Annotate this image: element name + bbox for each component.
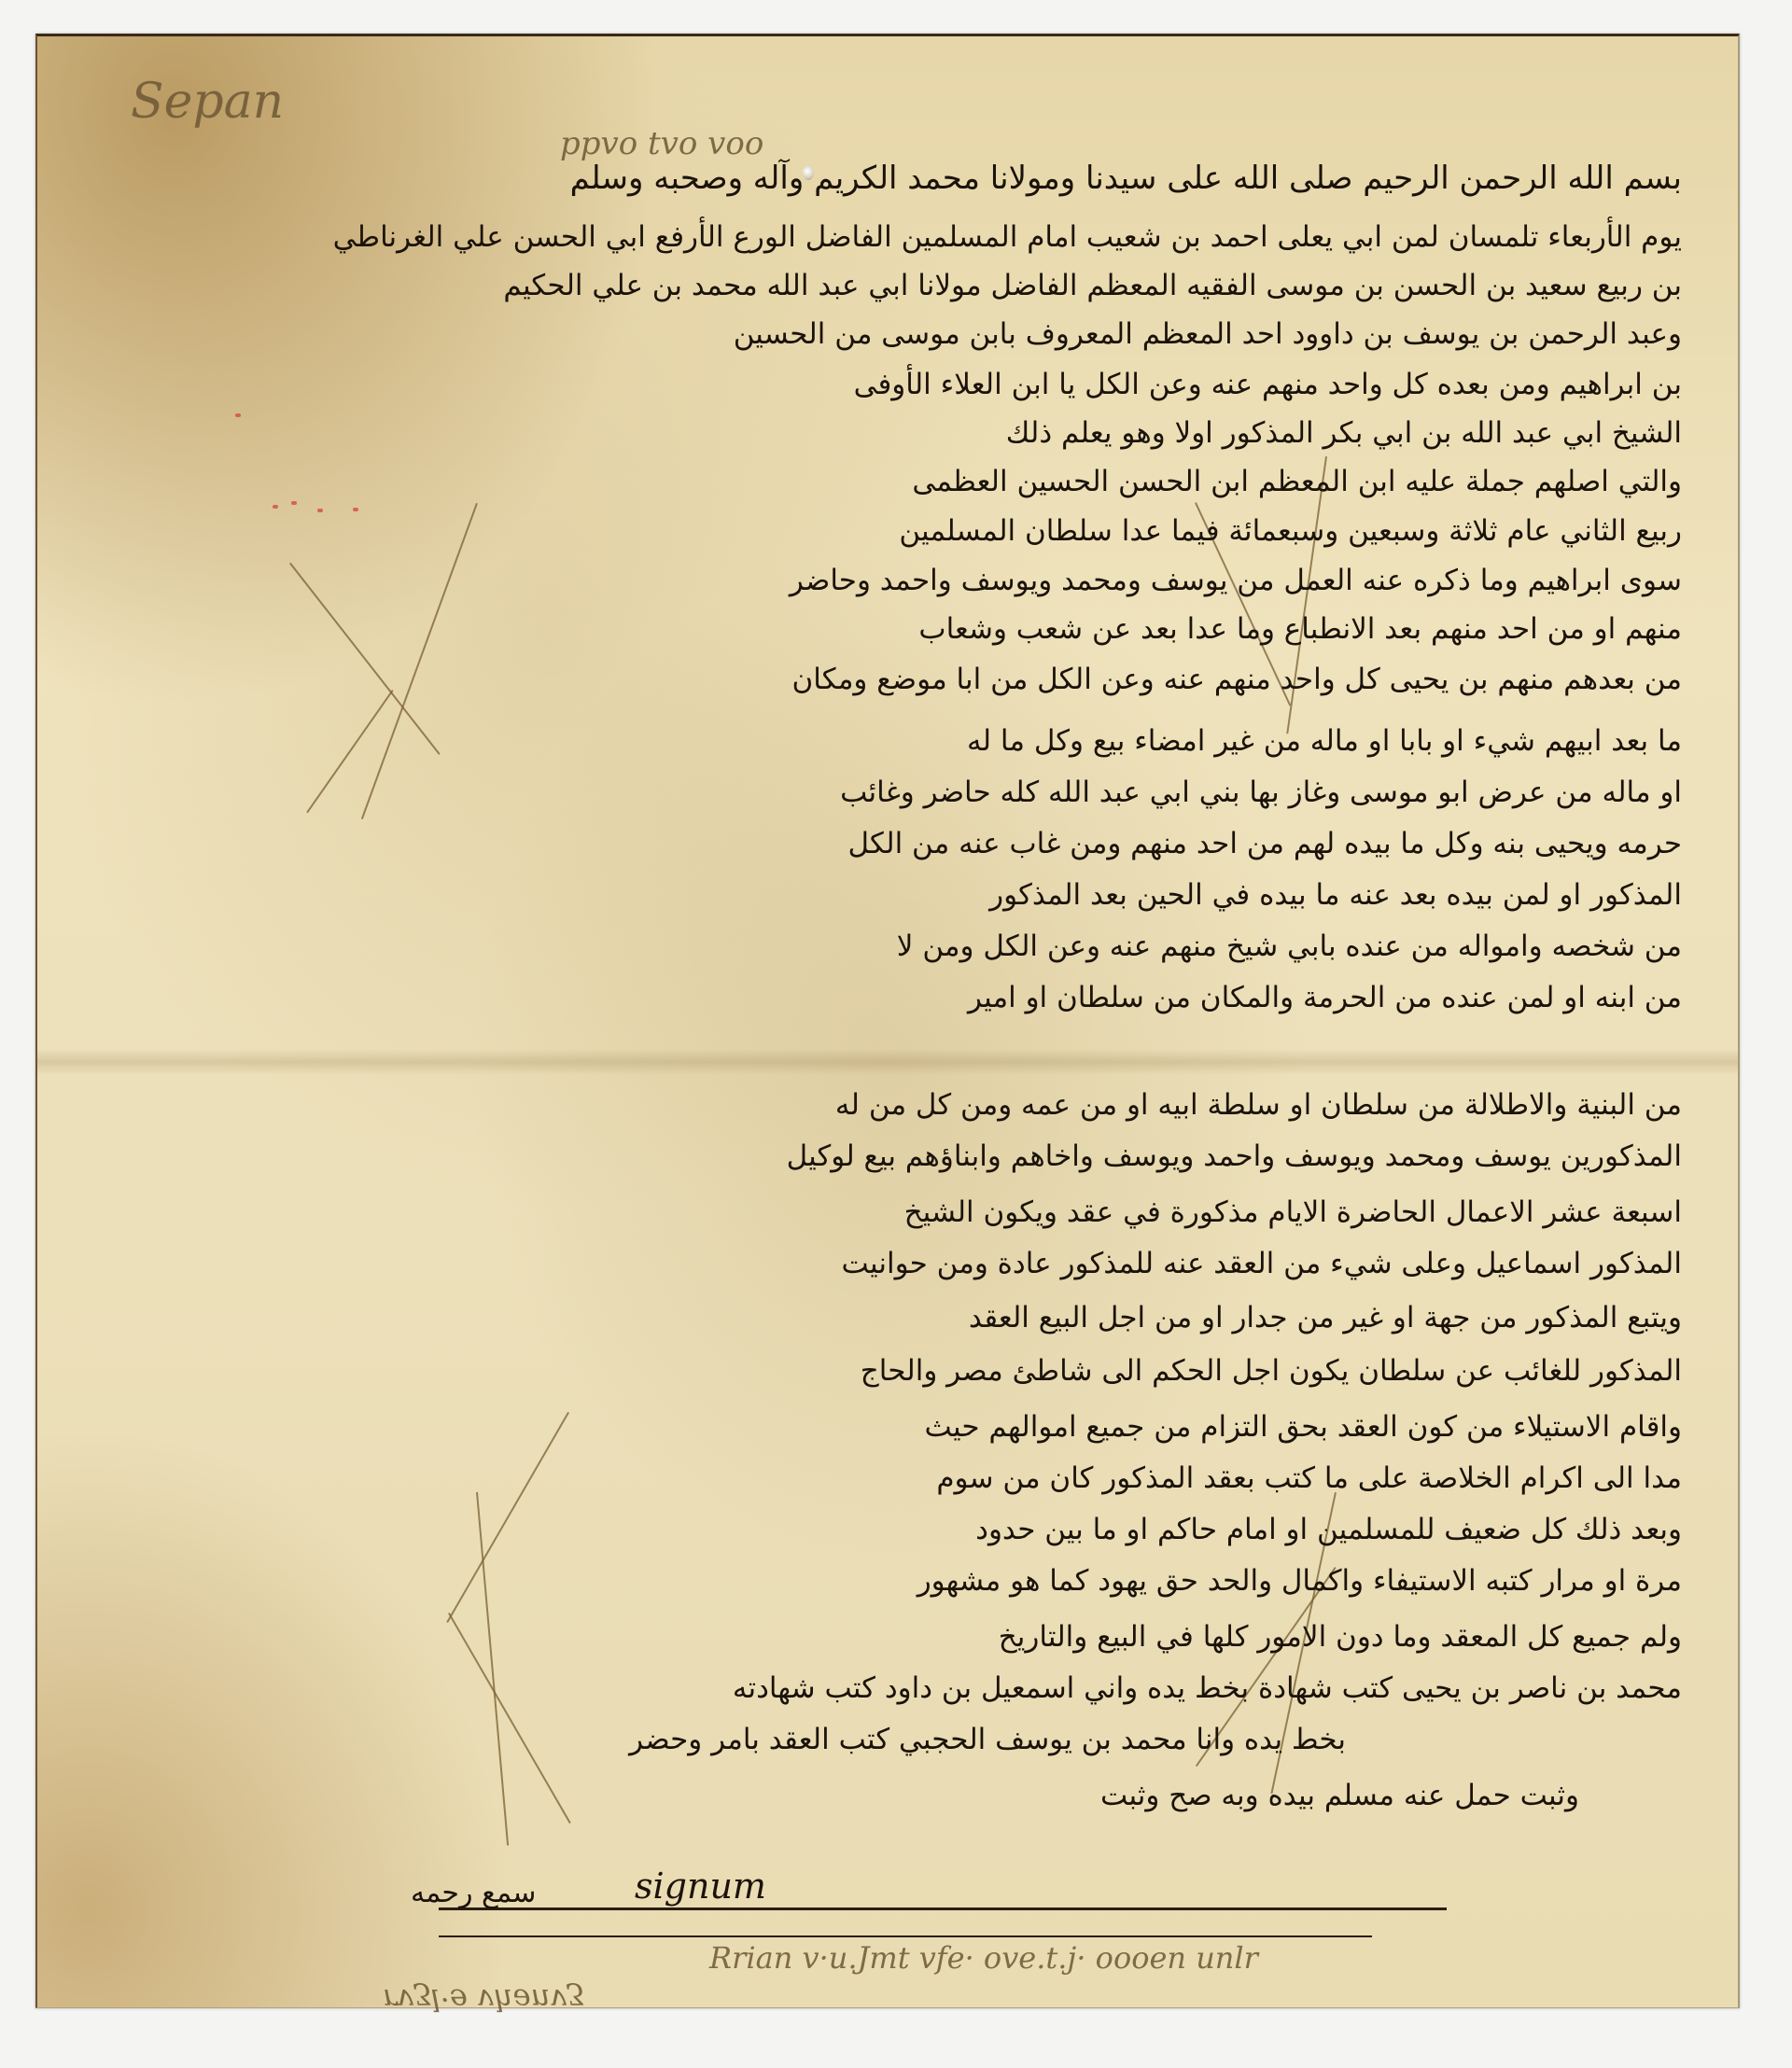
- text-line: ولم جميع كل المعقد وما دون الامور كلها ف…: [999, 1623, 1682, 1652]
- crack-line: [361, 503, 478, 819]
- text-line: مرة او مرار كتبه الاستيفاء واكمال والحد …: [917, 1567, 1682, 1596]
- text-line: واقام الاستيلاء من كون العقد بحق التزام …: [925, 1413, 1682, 1442]
- red-ink-mark: [273, 505, 278, 509]
- text-line: بخط يده وانا محمد بن يوسف الحجبي كتب الع…: [629, 1726, 1346, 1754]
- red-ink-mark: [353, 508, 358, 511]
- signum-flourish-icon: signum: [635, 1865, 766, 1907]
- text-line: المذكور او لمن بيده بعد عنه ما بيده في ا…: [989, 881, 1682, 910]
- text-line: وبعد ذلك كل ضعيف للمسلمين او امام حاكم ا…: [975, 1516, 1682, 1544]
- text-line: من بعدهم منهم بن يحيى كل واحد منهم عنه و…: [792, 665, 1683, 694]
- notary-signature: سمع رحمه: [411, 1879, 536, 1907]
- margin-note-top-center: ppvo tvo voo: [560, 125, 763, 162]
- text-line: من البنية والاطلالة من سلطان او سلطة ابي…: [835, 1091, 1682, 1120]
- text-line: بن ربيع سعيد بن الحسن بن موسى الفقيه الم…: [503, 272, 1682, 300]
- margin-note-bottom-center: Rrian v·u.Jmt vfe· ove.t.j· oooen unlr: [709, 1940, 1258, 1976]
- text-line: سوى ابراهيم وما ذكره عنه العمل من يوسف و…: [790, 566, 1682, 595]
- text-line: بن ابراهيم ومن بعده كل واحد منهم عنه وعن…: [854, 370, 1682, 399]
- text-line: حرمه ويحيى بنه وكل ما بيده لهم من احد من…: [848, 830, 1682, 859]
- crack-line: [448, 1613, 571, 1823]
- text-line: الشيخ ابي عبد الله بن ابي بكر المذكور او…: [1006, 419, 1682, 448]
- red-ink-mark: [291, 501, 297, 505]
- margin-note-top-left: Sepan: [131, 74, 284, 130]
- text-line: اسبعة عشر الاعمال الحاضرة الايام مذكورة …: [904, 1198, 1682, 1227]
- text-line: يوم الأربعاء تلمسان لمن ابي يعلى احمد بن…: [333, 223, 1682, 252]
- crack-line: [446, 1412, 569, 1623]
- text-line: المذكور للغائب عن سلطان يكون اجل الحكم ا…: [861, 1357, 1682, 1386]
- text-line: المذكورين يوسف ومحمد ويوسف واحمد ويوسف و…: [787, 1142, 1682, 1171]
- text-line: منهم او من احد منهم بعد الانطباع وما عدا…: [918, 615, 1682, 644]
- text-line: وعبد الرحمن بن يوسف بن داوود احد المعظم …: [734, 320, 1682, 349]
- text-line: او ماله من عرض ابو موسى وغاز بها بني ابي…: [840, 778, 1682, 807]
- red-ink-mark: [235, 413, 241, 417]
- signature-underline: [439, 1907, 1447, 1910]
- text-line: وثبت حمل عنه مسلم بيده وبه صح وثبت: [1100, 1782, 1579, 1810]
- text-line: ما بعد ابيهم شيء او بابا او ماله من غير …: [967, 727, 1682, 756]
- text-line: مدا الى اكرام الخلاصة على ما كتب بعقد ال…: [936, 1464, 1682, 1493]
- text-line: محمد بن ناصر بن يحيى كتب شهادة بخط يده و…: [733, 1674, 1682, 1703]
- crack-line: [289, 563, 441, 755]
- parchment-page: Sepan ppvo tvo voo rvʒl·ɘ vhǝnvʒ Rrian v…: [35, 34, 1740, 2008]
- text-line: والتي اصلهم جملة عليه ابن المعظم ابن الح…: [912, 468, 1682, 496]
- text-line: ربيع الثاني عام ثلاثة وسبعين وسبعمائة في…: [899, 517, 1682, 546]
- text-line: المذكور اسماعيل وعلى شيء من العقد عنه لل…: [842, 1250, 1682, 1279]
- text-line: ويتبع المذكور من جهة او غير من جدار او م…: [969, 1304, 1682, 1333]
- horizontal-fold: [37, 1049, 1738, 1075]
- crack-line: [306, 690, 393, 813]
- red-ink-mark: [317, 509, 323, 512]
- margin-note-bottom-left: rvʒl·ɘ vhǝnvʒ: [383, 1982, 583, 2018]
- signature-underline-lower: [439, 1935, 1372, 1937]
- text-line: من ابنه او لمن عنده من الحرمة والمكان من…: [968, 984, 1682, 1013]
- text-line: من شخصه وامواله من عنده بابي شيخ منهم عن…: [897, 932, 1682, 961]
- text-line-basmala: بسم الله الرحمن الرحيم صلى الله على سيدن…: [570, 162, 1682, 194]
